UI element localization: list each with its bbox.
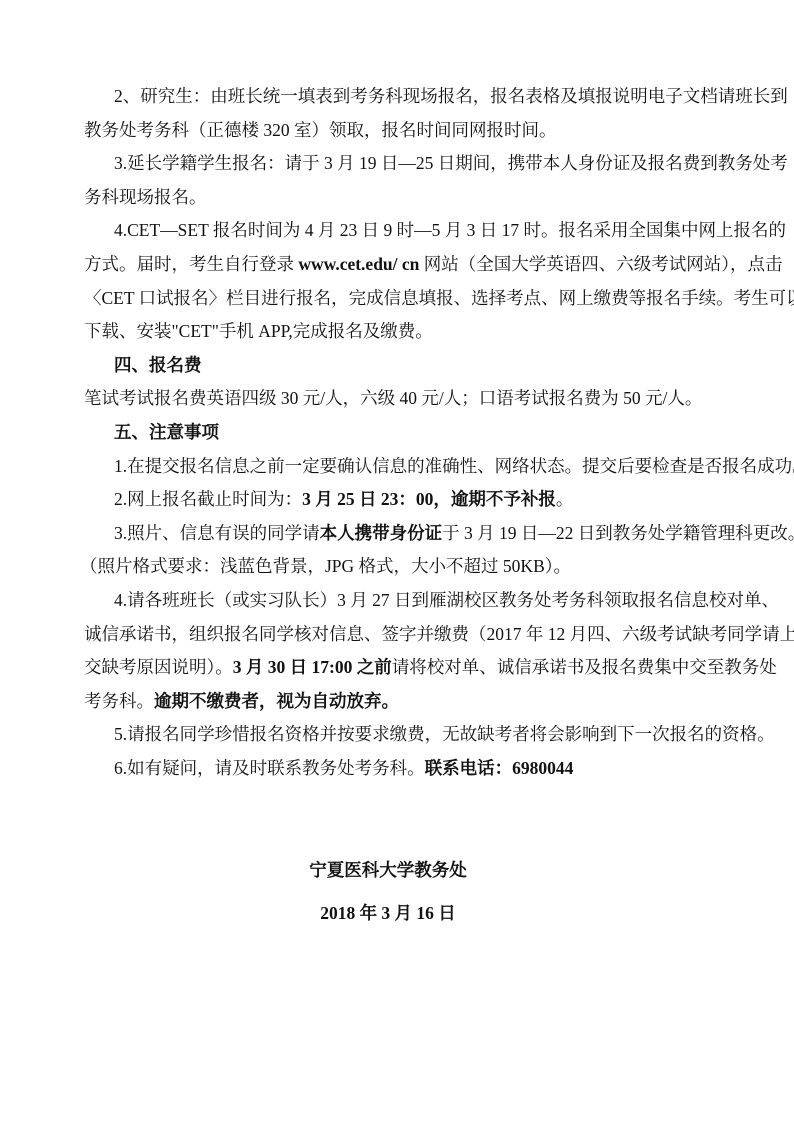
- text-run: 3.延长学籍学生报名：请于 3 月 19 日—25 日期间，携带本人身份证及报名…: [114, 153, 788, 173]
- bold-text-run: 五、注意事项: [114, 422, 219, 442]
- text-run: 。: [556, 489, 574, 509]
- text-run: （照片格式要求：浅蓝色背景，JPG 格式，大小不超过 50KB）。: [80, 556, 571, 576]
- bold-text-run: 3 月 30 日 17:00 之前: [233, 657, 392, 677]
- para-extended-students-line-2: 务科现场报名。: [84, 181, 744, 215]
- text-run: 2、研究生：由班长统一填表到考务科现场报名，报名表格及填报说明电子文档请班长到: [114, 86, 788, 106]
- text-run: 考务科。: [84, 691, 154, 711]
- signature-block: 宁夏医科大学教务处 2018 年 3 月 16 日: [228, 849, 548, 935]
- note-3-line-1: 3.照片、信息有误的同学请本人携带身份证于 3 月 19 日—22 日到教务处学…: [84, 517, 744, 551]
- bold-text-run: 3 月 25 日 23：00，逾期不予补报: [302, 489, 556, 509]
- bold-text-run: www.cet.edu/ cn: [298, 254, 419, 274]
- text-run: 方式。届时，考生自行登录: [84, 254, 298, 274]
- text-run: 网站（全国大学英语四、六级考试网站），点击: [419, 254, 782, 274]
- para-cet-set-line-1: 4.CET—SET 报名时间为 4 月 23 日 9 时—5 月 3 日 17 …: [84, 214, 744, 248]
- para-graduate-line-2: 教务处考务科（正德楼 320 室）领取，报名时间同网报时间。: [84, 114, 744, 148]
- para-extended-students-line-1: 3.延长学籍学生报名：请于 3 月 19 日—25 日期间，携带本人身份证及报名…: [84, 147, 744, 181]
- para-cet-set-line-2: 方式。届时，考生自行登录 www.cet.edu/ cn 网站（全国大学英语四、…: [84, 248, 744, 282]
- bold-text-run: 本人携带身份证: [320, 523, 443, 543]
- note-4-line-3: 交缺考原因说明）。3 月 30 日 17:00 之前请将校对单、诚信承诺书及报名…: [84, 651, 744, 685]
- text-run: 交缺考原因说明）。: [84, 657, 233, 677]
- text-run: 1.在提交报名信息之前一定要确认信息的准确性、网络状态。提交后要检查是否报名成功…: [114, 456, 794, 476]
- bold-text-run: 逾期不缴费者，视为自动放弃。: [154, 691, 399, 711]
- text-run: 4.CET—SET 报名时间为 4 月 23 日 9 时—5 月 3 日 17 …: [114, 220, 786, 240]
- note-5: 5.请报名同学珍惜报名资格并按要求缴费，无故缺考者将会影响到下一次报名的资格。: [84, 718, 744, 752]
- signature-org: 宁夏医科大学教务处: [228, 849, 548, 892]
- text-run: 6.如有疑问，请及时联系教务处考务科。: [114, 758, 425, 778]
- text-run: 下载、安装"CET"手机 APP,完成报名及缴费。: [84, 321, 433, 341]
- text-run: 5.请报名同学珍惜报名资格并按要求缴费，无故缺考者将会影响到下一次报名的资格。: [114, 724, 775, 744]
- section-heading-notes: 五、注意事项: [84, 416, 744, 450]
- text-run: 于 3 月 19 日—22 日到教务处学籍管理科更改。: [442, 523, 794, 543]
- text-run: 诚信承诺书，组织报名同学核对信息、签字并缴费（2017 年 12 月四、六级考试…: [84, 624, 794, 644]
- text-run: 4.请各班班长（或实习队长）3 月 27 日到雁湖校区教务处考务科领取报名信息校…: [114, 590, 779, 610]
- para-graduate-line-1: 2、研究生：由班长统一填表到考务科现场报名，报名表格及填报说明电子文档请班长到: [84, 80, 744, 114]
- note-4-line-1: 4.请各班班长（或实习队长）3 月 27 日到雁湖校区教务处考务科领取报名信息校…: [84, 584, 744, 618]
- para-cet-set-line-3: 〈CET 口试报名〉栏目进行报名，完成信息填报、选择考点、网上缴费等报名手续。考…: [84, 282, 744, 316]
- note-6: 6.如有疑问，请及时联系教务处考务科。联系电话：6980044: [84, 752, 744, 786]
- document-page: 2、研究生：由班长统一填表到考务科现场报名，报名表格及填报说明电子文档请班长到教…: [0, 0, 794, 1122]
- bold-text-run: 四、报名费: [114, 355, 202, 375]
- note-4-line-4: 考务科。逾期不缴费者，视为自动放弃。: [84, 685, 744, 719]
- text-run: 请将校对单、诚信承诺书及报名费集中交至教务处: [392, 657, 777, 677]
- section-heading-fees: 四、报名费: [84, 349, 744, 383]
- signature-date: 2018 年 3 月 16 日: [228, 892, 548, 935]
- note-1: 1.在提交报名信息之前一定要确认信息的准确性、网络状态。提交后要检查是否报名成功…: [84, 450, 744, 484]
- text-run: 笔试考试报名费英语四级 30 元/人，六级 40 元/人；口语考试报名费为 50…: [84, 388, 702, 408]
- para-fees: 笔试考试报名费英语四级 30 元/人，六级 40 元/人；口语考试报名费为 50…: [84, 382, 744, 416]
- bold-text-run: 联系电话：6980044: [425, 758, 574, 778]
- para-cet-set-line-4: 下载、安装"CET"手机 APP,完成报名及缴费。: [84, 315, 744, 349]
- document-body: 2、研究生：由班长统一填表到考务科现场报名，报名表格及填报说明电子文档请班长到教…: [0, 0, 794, 785]
- note-4-line-2: 诚信承诺书，组织报名同学核对信息、签字并缴费（2017 年 12 月四、六级考试…: [84, 618, 744, 652]
- note-2: 2.网上报名截止时间为：3 月 25 日 23：00，逾期不予补报。: [84, 483, 744, 517]
- text-run: 教务处考务科（正德楼 320 室）领取，报名时间同网报时间。: [84, 120, 557, 140]
- text-run: 〈CET 口试报名〉栏目进行报名，完成信息填报、选择考点、网上缴费等报名手续。考…: [84, 288, 794, 308]
- text-run: 2.网上报名截止时间为：: [114, 489, 302, 509]
- text-run: 务科现场报名。: [84, 187, 207, 207]
- note-3-line-2: （照片格式要求：浅蓝色背景，JPG 格式，大小不超过 50KB）。: [80, 550, 744, 584]
- text-run: 3.照片、信息有误的同学请: [114, 523, 320, 543]
